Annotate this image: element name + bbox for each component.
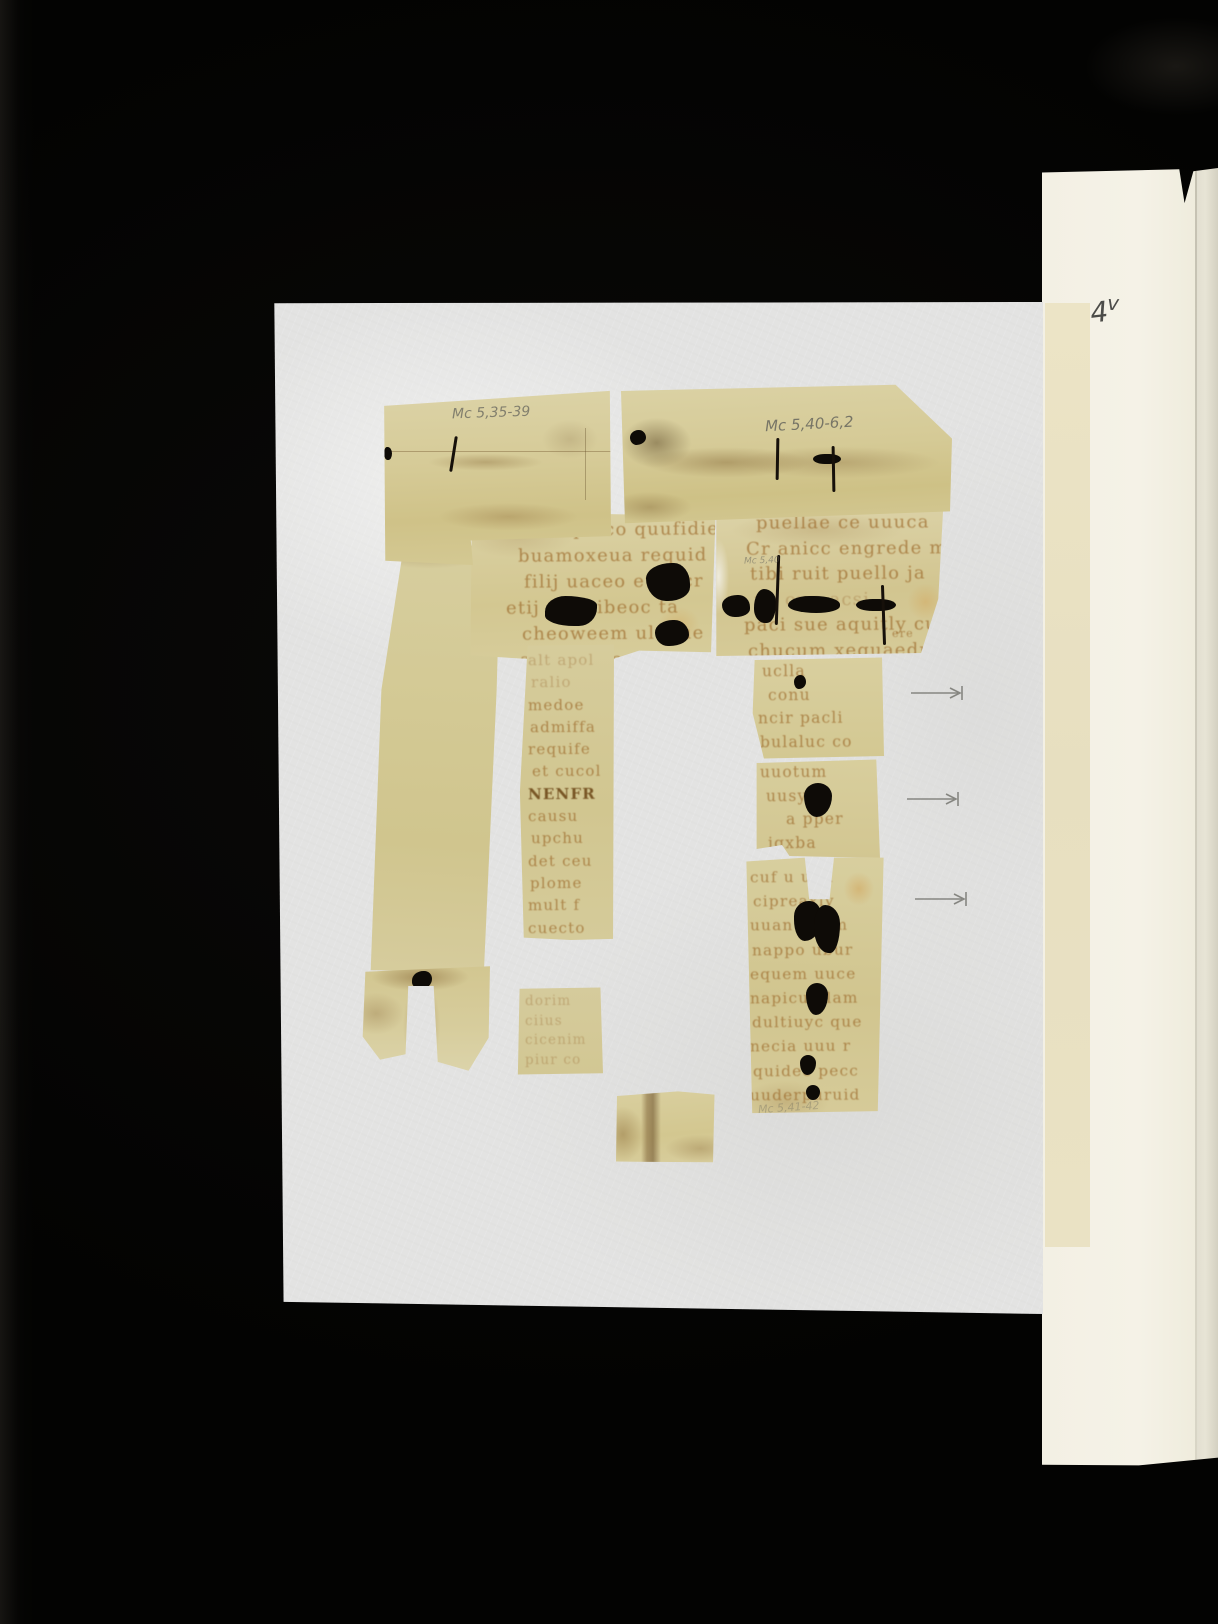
script-text-block: uuotum uusy a pper iqxba — [760, 761, 844, 855]
script-line: dultiuyc que — [752, 1010, 863, 1035]
hole — [788, 596, 840, 613]
script-line: conu — [768, 683, 853, 707]
crease-line — [585, 428, 586, 500]
hole — [545, 596, 597, 626]
script-text-block: uclla conu ncir pacli bulaluc co — [758, 660, 853, 754]
crease-line — [383, 451, 611, 452]
script-line: etij Gueribeoc ta — [506, 594, 719, 621]
hole — [384, 447, 392, 460]
pencil-inscription: Mc 5,40 — [744, 555, 780, 566]
hole — [630, 430, 646, 445]
script-text-block: alt apol ralio medoe admiffa requife et … — [528, 649, 602, 939]
script-line: ciius — [525, 1011, 587, 1031]
script-line: mult f — [528, 894, 602, 917]
fragment-top-right-strip: Mc 5,40-6,2 — [620, 384, 952, 524]
script-line: upchu — [531, 827, 602, 850]
script-text-block: dorim ciius cicenim piur co — [525, 992, 587, 1070]
script-line: nc oup acsi — [754, 586, 948, 613]
hole — [722, 595, 750, 617]
folio-number-side: v — [1107, 291, 1119, 315]
stain — [620, 384, 952, 524]
fragment-bottom-small — [615, 1091, 715, 1163]
script-line: nappo ubur — [752, 937, 863, 962]
script-line: NENFR — [528, 783, 602, 806]
script-line: requife — [528, 738, 602, 761]
script-text-block: puellae ce uuuca Cr anicc engrede m tibi… — [734, 510, 948, 663]
fragment-right-a: uclla conu ncir pacli bulaluc co — [752, 657, 884, 759]
pencil-inscription: Mc 5,35-39 — [452, 404, 531, 423]
script-line: admiffa — [530, 716, 602, 739]
binding-tape-strip — [1045, 303, 1090, 1247]
script-line: cheoweem uleque — [522, 620, 719, 647]
velvet-background-fold — [1078, 0, 1218, 190]
slit-tear — [832, 446, 836, 492]
hole — [813, 454, 841, 464]
interlinear-note: ere — [892, 627, 914, 640]
script-line: buamoxeua requid — [518, 542, 719, 569]
pencil-inscription: Mc 5,40-6,2 — [765, 413, 854, 436]
script-line: uuotum — [760, 761, 844, 785]
pencil-arrow-right-icon — [914, 891, 972, 907]
fragment-right-text-band: puellae ce uuuca Cr anicc engrede m tibi… — [714, 509, 944, 659]
script-line: det ceu — [528, 849, 602, 872]
hole — [856, 599, 896, 611]
script-line: plome — [530, 872, 602, 895]
fragment-middle-column: alt apol ralio medoe admiffa requife et … — [518, 644, 614, 940]
script-line: ncir pacli — [758, 707, 853, 731]
script-line: equem uuce — [750, 961, 863, 986]
stain — [615, 1091, 715, 1163]
script-line: ralio — [531, 671, 602, 694]
folio-number: 4v — [1088, 290, 1122, 329]
velvet-background-sheen — [0, 0, 34, 1624]
script-line: dorim — [525, 992, 587, 1012]
fragment-middle-column-lower: dorim ciius cicenim piur co — [517, 987, 603, 1075]
page-fold-shading — [1197, 168, 1218, 1468]
script-line: causu — [528, 805, 602, 828]
hole — [655, 620, 689, 646]
pencil-arrow-right-icon — [906, 791, 964, 807]
fragment-right-b: uuotum uusy a pper iqxba — [756, 759, 880, 859]
slit-tear — [776, 438, 780, 480]
script-line: medoe — [528, 693, 602, 716]
slit-tear — [449, 436, 458, 472]
script-line: piur co — [525, 1050, 587, 1070]
hole — [754, 589, 776, 623]
manuscript-photograph: 4v checpicco quufidie buamoxeua requid f… — [0, 0, 1218, 1624]
script-line: cicenim — [525, 1031, 587, 1051]
script-line: alt apol — [528, 649, 602, 672]
hole — [814, 905, 840, 953]
script-line: bulaluc co — [760, 730, 853, 754]
hole — [646, 563, 690, 601]
pencil-arrow-right-icon — [910, 685, 968, 701]
script-line: et cucol — [532, 760, 602, 783]
script-line: uclla — [762, 660, 853, 684]
script-line: cuecto — [528, 916, 602, 939]
